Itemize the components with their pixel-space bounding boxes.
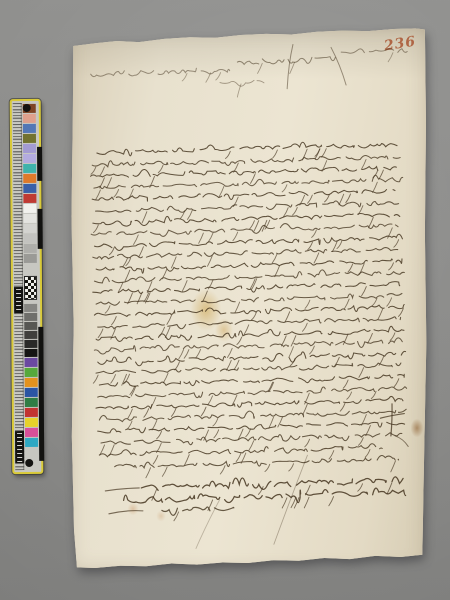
- color-patch: [24, 331, 37, 339]
- barcode-bar: [37, 209, 42, 249]
- color-patch: [23, 154, 36, 163]
- color-patch: [24, 304, 37, 312]
- patch-spacer: [24, 264, 37, 276]
- color-patch: [23, 214, 36, 223]
- color-patch: [24, 358, 37, 367]
- color-patch: [24, 224, 37, 233]
- color-patch: [24, 244, 37, 253]
- color-patch: [23, 164, 36, 173]
- registration-dot: [25, 459, 33, 467]
- color-patch: [24, 340, 37, 348]
- color-patch: [25, 418, 38, 427]
- color-patch: [23, 144, 36, 153]
- manuscript-page: 236: [66, 24, 430, 574]
- color-patch: [24, 313, 37, 321]
- barcode-bar: [38, 327, 44, 461]
- folio-number: 236: [383, 34, 417, 55]
- resolution-checker-target: [24, 276, 37, 300]
- registration-dot: [23, 104, 31, 112]
- color-patch: [25, 408, 38, 417]
- color-patch: [25, 398, 38, 407]
- color-patch: [25, 368, 38, 377]
- color-patch: [24, 254, 37, 263]
- photo-background: 236: [0, 0, 450, 600]
- color-patch-column: [23, 104, 38, 448]
- color-patch: [25, 378, 38, 387]
- color-patch: [23, 124, 36, 133]
- paper-sheet: 236: [66, 24, 430, 574]
- strip-text-label: [14, 287, 23, 313]
- color-patch: [25, 428, 38, 437]
- color-patch: [23, 134, 36, 143]
- color-patch: [24, 322, 37, 330]
- color-patch: [23, 174, 36, 183]
- calibration-strip: [10, 99, 44, 474]
- color-patch: [25, 388, 38, 397]
- barcode-bar: [37, 147, 42, 181]
- color-patch: [24, 234, 37, 243]
- strip-text-label: [15, 431, 24, 463]
- color-patch: [23, 114, 36, 123]
- color-patch: [23, 184, 36, 193]
- color-patch: [25, 438, 38, 447]
- color-patch: [24, 349, 37, 357]
- color-patch: [23, 204, 36, 213]
- color-patch: [23, 194, 36, 203]
